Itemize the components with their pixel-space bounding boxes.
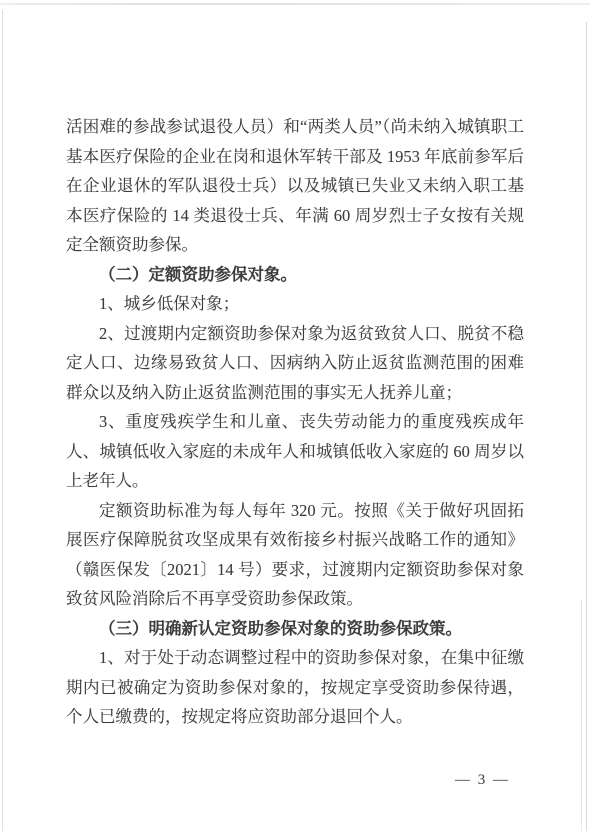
paragraph: （二）定额资助参保对象。 — [66, 260, 524, 290]
paragraph: 1、城乡低保对象； — [66, 289, 524, 319]
paragraph: 2、过渡期内定额资助参保对象为返贫致贫人口、脱贫不稳定人口、边缘易致贫人口、因病… — [66, 319, 524, 408]
paragraph: （三）明确新认定资助参保对象的资助参保政策。 — [66, 614, 524, 644]
page-left-edge — [2, 10, 3, 831]
paragraph: 3、重度残疾学生和儿童、丧失劳动能力的重度残疾成年人、城镇低收入家庭的未成年人和… — [66, 407, 524, 496]
paragraph: 定额资助标准为每人每年 320 元。按照《关于做好巩固拓展医疗保障脱贫攻坚成果有… — [66, 496, 524, 614]
page-right-inner-edge — [581, 600, 582, 831]
page-top-edge — [0, 3, 590, 5]
paragraph: 活困难的参战参试退役人员）和“两类人员”（尚未纳入城镇职工基本医疗保险的企业在岗… — [66, 112, 524, 260]
paragraph: 1、对于处于动态调整过程中的资助参保对象，在集中征缴期内已被确定为资助参保对象的… — [66, 643, 524, 732]
page-number: — 3 — — [455, 770, 510, 790]
document-body: 活困难的参战参试退役人员）和“两类人员”（尚未纳入城镇职工基本医疗保险的企业在岗… — [66, 112, 524, 732]
page-right-edge — [586, 22, 587, 831]
